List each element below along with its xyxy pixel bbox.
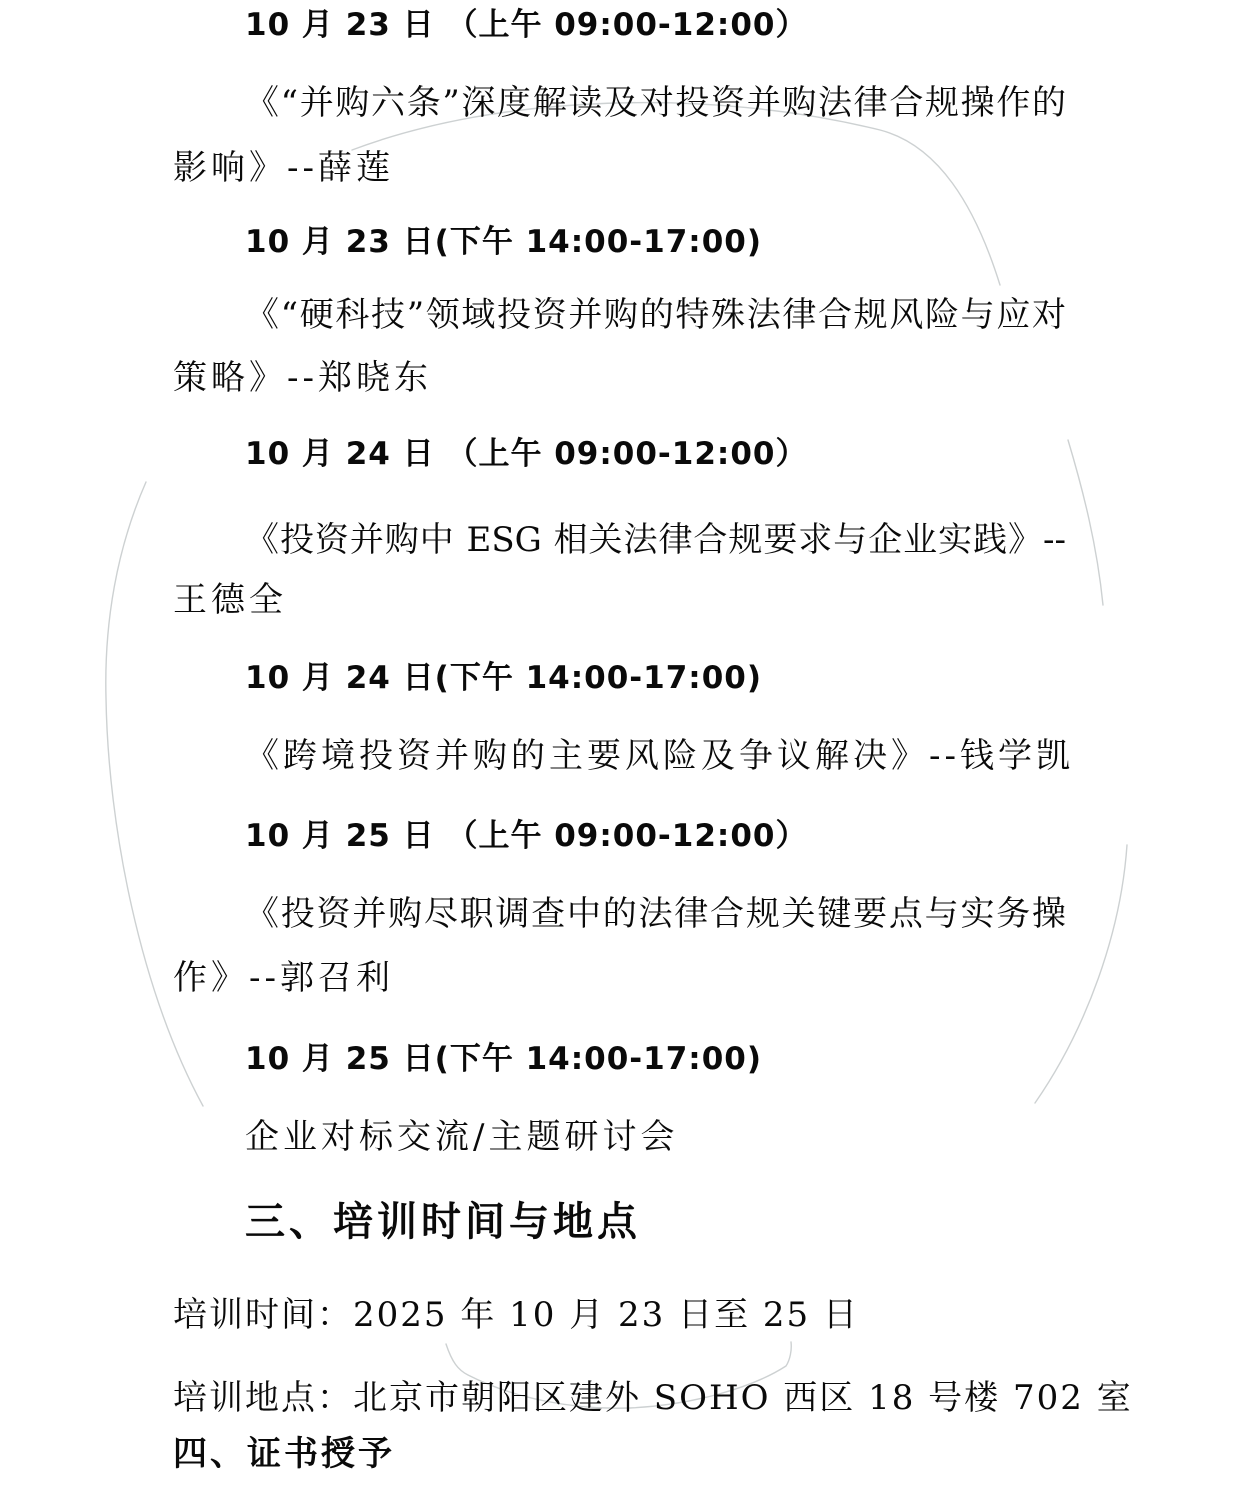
session-4-title: 《跨境投资并购的主要风险及争议解决》--钱学凯: [173, 733, 1078, 779]
session-2-date: 10 月 23 日(下午 14:00-17:00): [173, 219, 1078, 265]
session-2-title-continuation: 策略》--郑晓东: [173, 355, 1078, 401]
session-1-title: 《“并购六条”深度解读及对投资并购法律合规操作的: [173, 80, 1066, 126]
session-3-title-continuation: 王德全: [173, 577, 1078, 623]
session-5-title-continuation: 作》--郭召利: [173, 955, 1078, 1001]
session-5-date: 10 月 25 日 （上午 09:00-12:00）: [173, 813, 1078, 859]
session-2-title: 《“硬科技”领域投资并购的特殊法律合规风险与应对: [173, 292, 1066, 338]
section-4-heading: 四、证书授予: [173, 1431, 1078, 1477]
session-1-date: 10 月 23 日 （上午 09:00-12:00）: [173, 2, 1078, 48]
session-3-date: 10 月 24 日 （上午 09:00-12:00）: [173, 431, 1078, 477]
document-page: 10 月 23 日 （上午 09:00-12:00） 《“并购六条”深度解读及对…: [0, 0, 1251, 1485]
session-4-date: 10 月 24 日(下午 14:00-17:00): [173, 655, 1078, 701]
section-3-heading: 三、培训时间与地点: [173, 1196, 1078, 1248]
training-time-line: 培训时间：2025 年 10 月 23 日至 25 日: [173, 1292, 1078, 1338]
session-1-title-continuation: 影响》--薛莲: [173, 145, 1078, 191]
training-location-line: 培训地点：北京市朝阳区建外 SOHO 西区 18 号楼 702 室: [173, 1375, 1078, 1421]
session-6-date: 10 月 25 日(下午 14:00-17:00): [173, 1036, 1078, 1082]
session-5-title: 《投资并购尽职调查中的法律合规关键要点与实务操: [173, 891, 1066, 937]
session-6-activity: 企业对标交流/主题研讨会: [173, 1114, 1078, 1160]
session-3-title: 《投资并购中 ESG 相关法律合规要求与企业实践》--: [173, 517, 1066, 563]
watermark-arc-left: [106, 482, 203, 1106]
